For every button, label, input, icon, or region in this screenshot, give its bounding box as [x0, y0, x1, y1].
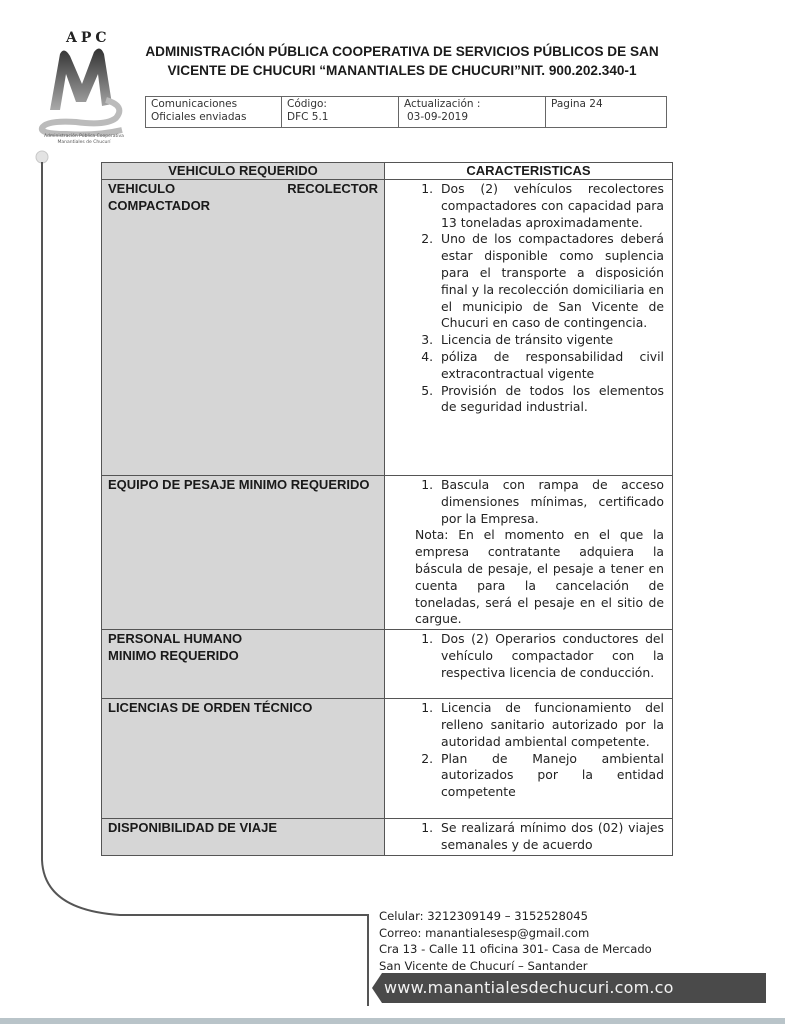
requirement-cell: LICENCIAS DE ORDEN TÉCNICO — [102, 699, 385, 819]
list-item: Bascula con rampa de acceso dimensiones … — [437, 477, 664, 527]
note-text: Nota: En el momento en el que la empresa… — [391, 527, 664, 628]
characteristics-cell: Se realizará mínimo dos (02) viajes sema… — [385, 819, 673, 856]
update-cell: Actualización : 03-09-2019 — [399, 97, 546, 127]
requirement-cell: PERSONAL HUMANO MINIMO REQUERIDO — [102, 630, 385, 699]
header-characteristics: CARACTERISTICAS — [385, 163, 673, 180]
requirement-cell: VEHICULO RECOLECTOR COMPACTADOR — [102, 180, 385, 476]
list-item: Provisión de todos los elementos de segu… — [437, 383, 664, 417]
doc-type-line-1: Comunicaciones — [151, 98, 276, 111]
footer-email[interactable]: Correo: manantialesesp@gmail.com — [379, 925, 652, 942]
title-line-1: ADMINISTRACIÓN PÚBLICA COOPERATIVA DE SE… — [132, 42, 672, 61]
list-item: Licencia de funcionamiento del relleno s… — [437, 700, 664, 750]
characteristics-cell: Bascula con rampa de acceso dimensiones … — [385, 476, 673, 630]
document-info-bar: Comunicaciones Oficiales enviadas Código… — [145, 96, 667, 128]
footer-website-link[interactable]: www.manantialesdechucuri.com.co — [384, 976, 674, 1000]
code-label: Código: — [287, 98, 393, 111]
footer-address: Cra 13 - Calle 11 oficina 301- Casa de M… — [379, 941, 652, 958]
list-item: Licencia de tránsito vigente — [437, 332, 664, 349]
table-row: VEHICULO RECOLECTOR COMPACTADOR Dos (2) … — [102, 180, 673, 476]
requirement-text: RECOLECTOR — [287, 180, 378, 197]
list-item: Dos (2) vehículos recolectores compactad… — [437, 181, 664, 231]
logo-m-icon — [36, 44, 132, 136]
table-row: EQUIPO DE PESAJE MINIMO REQUERIDO Bascul… — [102, 476, 673, 630]
page-bottom-edge — [0, 1018, 785, 1024]
requirement-text: VEHICULO — [108, 180, 175, 197]
company-logo: APC Administración Pública Cooperativa M… — [36, 30, 132, 148]
page-cell: Pagina 24 — [546, 97, 666, 127]
list-item: Uno de los compactadores deberá estar di… — [437, 231, 664, 332]
table-header-row: VEHICULO REQUERIDO CARACTERISTICAS — [102, 163, 673, 180]
code-value: DFC 5.1 — [287, 111, 393, 124]
requirement-cell: EQUIPO DE PESAJE MINIMO REQUERIDO — [102, 476, 385, 630]
code-cell: Código: DFC 5.1 — [282, 97, 399, 127]
table-row: PERSONAL HUMANO MINIMO REQUERIDO Dos (2)… — [102, 630, 673, 699]
list-item: Dos (2) Operarios conductores del vehícu… — [437, 631, 664, 681]
title-line-2: VICENTE DE CHUCURI “MANANTIALES DE CHUCU… — [132, 61, 672, 80]
list-item: Plan de Manejo ambiental autorizados por… — [437, 751, 664, 801]
footer-phone: Celular: 3212309149 – 3152528045 — [379, 908, 652, 925]
footer-contact-block: Celular: 3212309149 – 3152528045 Correo:… — [379, 908, 652, 974]
requirement-text: COMPACTADOR — [108, 197, 378, 214]
characteristics-cell: Dos (2) Operarios conductores del vehícu… — [385, 630, 673, 699]
characteristics-cell: Licencia de funcionamiento del relleno s… — [385, 699, 673, 819]
table-row: DISPONIBILIDAD DE VIAJE Se realizará mín… — [102, 819, 673, 856]
list-item: póliza de responsabilidad civil extracon… — [437, 349, 664, 383]
requirements-table: VEHICULO REQUERIDO CARACTERISTICAS VEHIC… — [101, 162, 673, 856]
characteristics-cell: Dos (2) vehículos recolectores compactad… — [385, 180, 673, 476]
footer-city: San Vicente de Chucurí – Santander — [379, 958, 652, 975]
table-row: LICENCIAS DE ORDEN TÉCNICO Licencia de f… — [102, 699, 673, 819]
update-value: 03-09-2019 — [404, 111, 540, 124]
organization-title: ADMINISTRACIÓN PÚBLICA COOPERATIVA DE SE… — [132, 42, 672, 80]
update-label: Actualización : — [404, 98, 540, 111]
requirement-cell: DISPONIBILIDAD DE VIAJE — [102, 819, 385, 856]
header-vehicle-required: VEHICULO REQUERIDO — [102, 163, 385, 180]
doc-type-line-2: Oficiales enviadas — [151, 111, 276, 124]
doc-type-cell: Comunicaciones Oficiales enviadas — [146, 97, 282, 127]
page-number: Pagina 24 — [551, 98, 661, 111]
list-item: Se realizará mínimo dos (02) viajes sema… — [437, 820, 664, 854]
logo-caption: Administración Pública Cooperativa Manan… — [36, 134, 132, 146]
